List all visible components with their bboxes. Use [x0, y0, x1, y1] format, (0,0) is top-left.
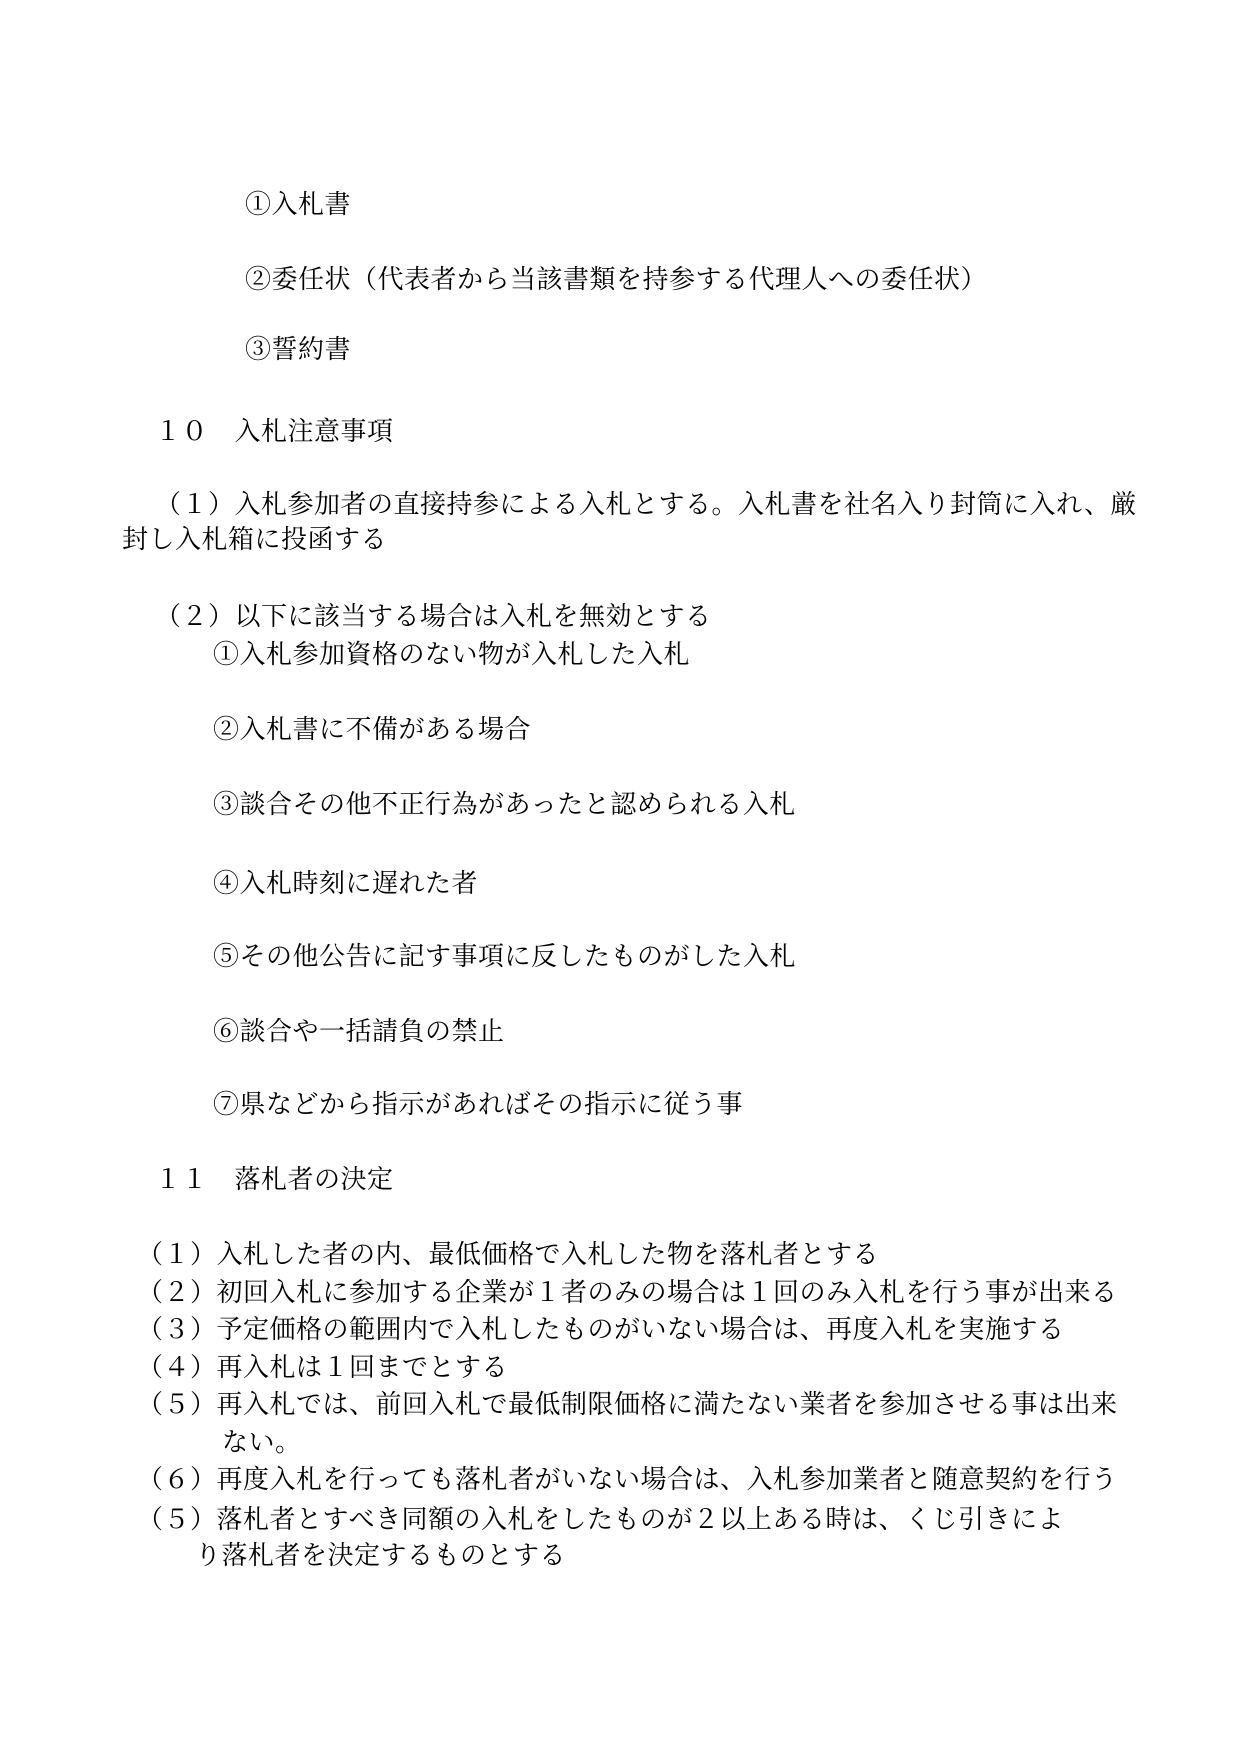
section-10-para-1-line-2: 封し入札箱に投函する	[122, 521, 387, 558]
award-item-5-line-1: （５）再入札では、前回入札で最低制限価格に満たない業者を参加させる事は出来	[137, 1386, 1118, 1423]
invalid-bid-item-2: ②入札書に不備がある場合	[213, 711, 531, 748]
document-page: ①入札書 ②委任状（代表者から当該書類を持参する代理人への委任状） ③誓約書 １…	[0, 0, 1241, 1755]
section-11-heading: １１ 落札者の決定	[155, 1161, 394, 1198]
invalid-bid-item-3: ③談合その他不正行為があったと認められる入札	[213, 786, 796, 823]
award-item-1: （１）入札した者の内、最低価格で入札した物を落札者とする	[137, 1236, 879, 1273]
attachment-item-2: ②委任状（代表者から当該書類を持参する代理人への委任状）	[245, 261, 987, 298]
section-10-para-2: （２）以下に該当する場合は入札を無効とする	[155, 598, 712, 635]
section-10-para-1-line-1: （１）入札参加者の直接持参による入札とする。入札書を社名入り封筒に入れ、厳	[155, 486, 1137, 523]
award-item-7-line-2: り落札者を決定するものとする	[195, 1537, 566, 1574]
award-item-4: （４）再入札は１回までとする	[137, 1349, 508, 1386]
award-item-6: （６）再度入札を行っても落札者がいない場合は、入札参加業者と随意契約を行う	[137, 1461, 1118, 1498]
invalid-bid-item-1: ①入札参加資格のない物が入札した入札	[213, 636, 690, 673]
invalid-bid-item-6: ⑥談合や一括請負の禁止	[213, 1013, 505, 1050]
award-item-7-line-1: （５）落札者とすべき同額の入札をしたものが２以上ある時は、くじ引きによ	[137, 1501, 1064, 1538]
invalid-bid-item-4: ④入札時刻に遅れた者	[213, 865, 478, 902]
attachment-item-3: ③誓約書	[245, 331, 351, 368]
award-item-2: （２）初回入札に参加する企業が１者のみの場合は１回のみ入札を行う事が出来る	[137, 1274, 1118, 1311]
invalid-bid-item-5: ⑤その他公告に記す事項に反したものがした入札	[213, 938, 796, 975]
attachment-item-1: ①入札書	[245, 186, 351, 223]
award-item-5-line-2: ない。	[222, 1424, 302, 1461]
section-10-heading: １０ 入札注意事項	[155, 413, 394, 450]
award-item-3: （３）予定価格の範囲内で入札したものがいない場合は、再度入札を実施する	[137, 1311, 1065, 1348]
invalid-bid-item-7: ⑦県などから指示があればその指示に従う事	[213, 1086, 743, 1123]
